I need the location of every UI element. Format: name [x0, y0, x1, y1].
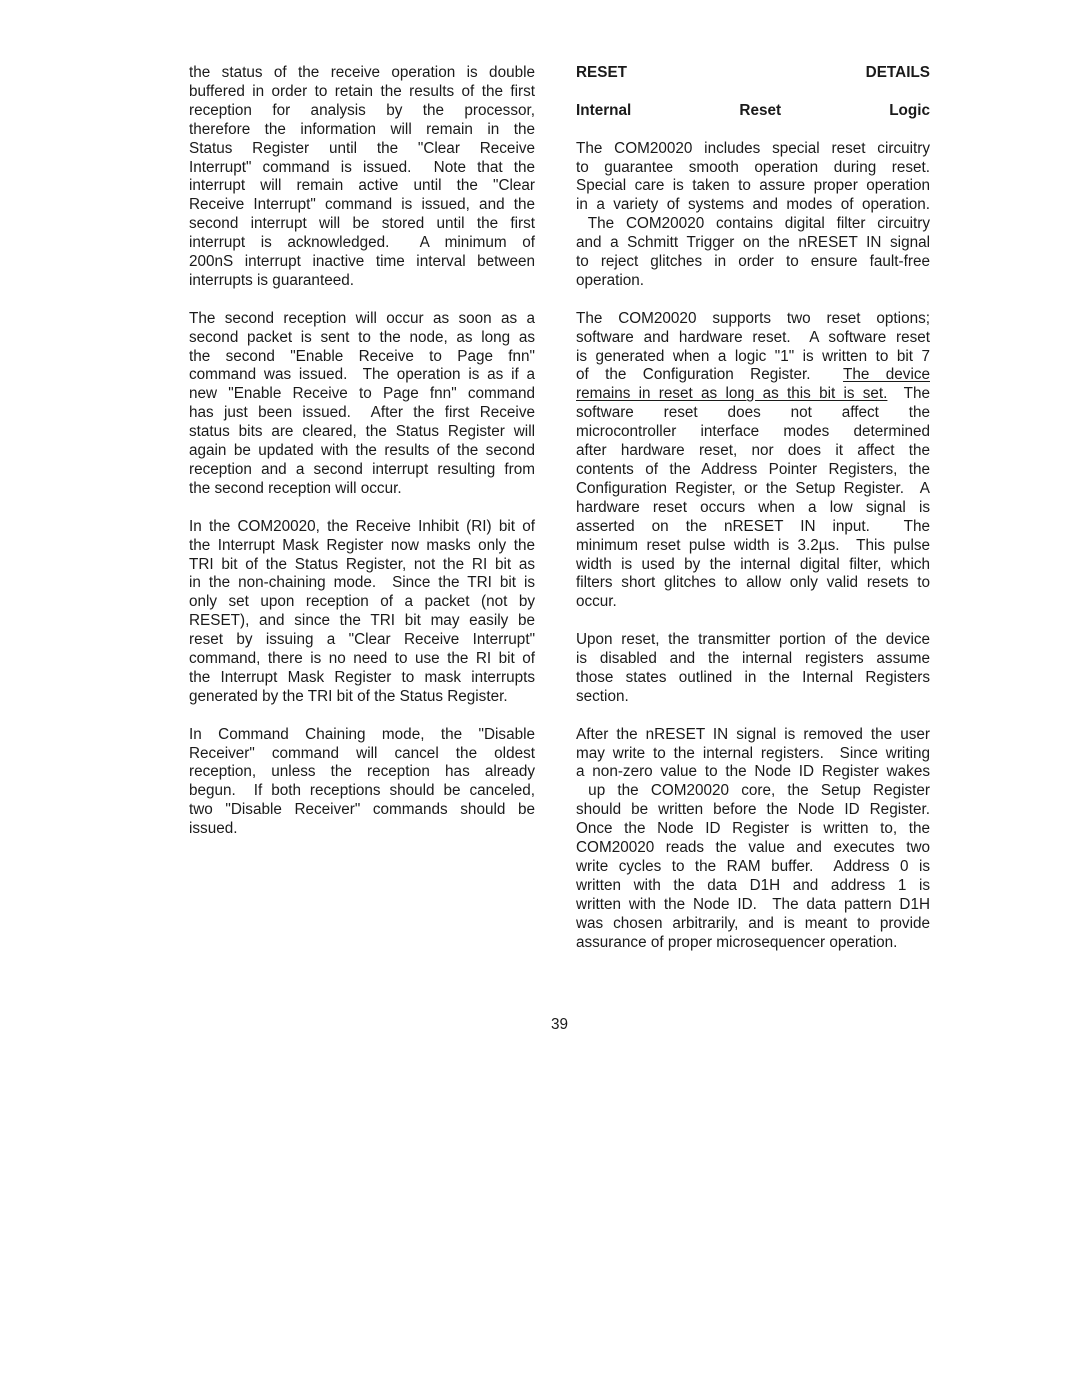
text-line: generated by the TRI bit of the Status R… — [189, 688, 535, 707]
text-line: should be written before the Node ID Reg… — [576, 801, 930, 820]
text-segment: minimum reset pulse width is 3.2µs. This… — [576, 537, 930, 554]
text-line: reception for analysis by the processor, — [189, 102, 535, 121]
text-line: occur. — [576, 593, 930, 612]
text-segment: occur. — [576, 593, 617, 610]
text-line: Upon reset, the transmitter portion of t… — [576, 631, 930, 650]
text-line: reception, unless the reception has alre… — [189, 763, 535, 782]
text-segment: The — [887, 385, 930, 402]
paragraph: The COM20020 supports two reset options;… — [576, 310, 930, 613]
section-heading: RESET DETAILS — [576, 64, 930, 83]
text-segment: TRI bit of the Status Register, not the … — [189, 556, 535, 573]
text-line: has just been issued. After the first Re… — [189, 404, 535, 423]
text-line: the Interrupt Mask Register to mask inte… — [189, 669, 535, 688]
text-content: the status of the receive operation is d… — [189, 64, 930, 953]
paragraph: In Command Chaining mode, the "DisableRe… — [189, 726, 535, 839]
text-segment: The COM20020 supports two reset options; — [576, 310, 930, 327]
text-line: after hardware reset, nor does it affect… — [576, 442, 930, 461]
text-line: remains in reset as long as this bit is … — [576, 385, 930, 404]
text-segment: software reset does not affect the — [576, 404, 930, 421]
right-column: RESET DETAILS Internal Reset Logic The C… — [576, 64, 930, 953]
text-segment: Once the Node ID Register is written to,… — [576, 820, 930, 837]
text-line: Configuration Register, or the Setup Reg… — [576, 480, 930, 499]
text-segment: interrupt will remain active until the "… — [189, 177, 535, 194]
text-line: was chosen arbitrarily, and is meant to … — [576, 915, 930, 934]
text-line: the second "Enable Receive to Page fnn" — [189, 348, 535, 367]
text-segment: up the COM20020 core, the Setup Register — [576, 782, 930, 799]
text-segment: in the non-chaining mode. Since the TRI … — [189, 574, 535, 591]
text-line: In Command Chaining mode, the "Disable — [189, 726, 535, 745]
text-line: asserted on the nRESET IN input. The — [576, 518, 930, 537]
text-segment: reception, unless the reception has alre… — [189, 763, 535, 780]
text-line: may write to the internal registers. Sin… — [576, 745, 930, 764]
text-line: of the Configuration Register. The devic… — [576, 366, 930, 385]
paragraph: The COM20020 includes special reset circ… — [576, 140, 930, 291]
text-segment: COM20020 reads the value and executes tw… — [576, 839, 930, 856]
text-segment: and a Schmitt Trigger on the nRESET IN s… — [576, 234, 930, 251]
text-line: the second reception will occur. — [189, 480, 535, 499]
text-line: to guarantee smooth operation during res… — [576, 159, 930, 178]
text-segment: Status Register until the "Clear Receive — [189, 140, 535, 157]
text-segment: Configuration Register, or the Setup Reg… — [576, 480, 930, 497]
text-segment: those states outlined in the Internal Re… — [576, 669, 930, 686]
paragraph: the status of the receive operation is d… — [189, 64, 535, 291]
text-segment: Special care is taken to assure proper o… — [576, 177, 930, 194]
text-segment: the second reception will occur. — [189, 480, 402, 497]
text-segment: to guarantee smooth operation during res… — [576, 159, 930, 176]
text-line: section. — [576, 688, 930, 707]
text-line: is generated when a logic "1" is written… — [576, 348, 930, 367]
text-segment: status bits are cleared, the Status Regi… — [189, 423, 535, 440]
text-segment: filters short glitches to allow only val… — [576, 574, 930, 591]
text-segment: was chosen arbitrarily, and is meant to … — [576, 915, 930, 932]
text-segment: after hardware reset, nor does it affect… — [576, 442, 930, 459]
text-segment: has just been issued. After the first Re… — [189, 404, 535, 421]
text-line: written with the data D1H and address 1 … — [576, 877, 930, 896]
text-segment: the Interrupt Mask Register now masks on… — [189, 537, 535, 554]
text-line: interrupts is guaranteed. — [189, 272, 535, 291]
text-segment: written with the data D1H and address 1 … — [576, 877, 930, 894]
text-line: minimum reset pulse width is 3.2µs. This… — [576, 537, 930, 556]
text-line: interrupt is acknowledged. A minimum of — [189, 234, 535, 253]
page-number: 39 — [189, 1016, 930, 1035]
text-segment: reception and a second interrupt resulti… — [189, 461, 535, 478]
text-segment: of the Configuration Register. — [576, 366, 843, 383]
text-segment: 200nS interrupt inactive time interval b… — [189, 253, 535, 270]
text-segment: second interrupt will be stored until th… — [189, 215, 535, 232]
text-line: up the COM20020 core, the Setup Register — [576, 782, 930, 801]
text-segment: a non-zero value to the Node ID Register… — [576, 763, 930, 780]
text-segment: is disabled and the internal registers a… — [576, 650, 930, 667]
text-segment: Upon reset, the transmitter portion of t… — [576, 631, 930, 648]
right-column-paragraphs: The COM20020 includes special reset circ… — [576, 140, 930, 953]
text-line: TRI bit of the Status Register, not the … — [189, 556, 535, 575]
text-line: Receiver" command will cancel the oldest — [189, 745, 535, 764]
text-line: Interrupt" command is issued. Note that … — [189, 159, 535, 178]
text-line: software reset does not affect the — [576, 404, 930, 423]
text-line: to reject glitches in order to ensure fa… — [576, 253, 930, 272]
text-segment: two "Disable Receiver" commands should b… — [189, 801, 535, 818]
text-line: The second reception will occur as soon … — [189, 310, 535, 329]
underlined-text: remains in reset as long as this bit is … — [576, 385, 887, 402]
text-line: in a variety of systems and modes of ope… — [576, 196, 930, 215]
text-segment: section. — [576, 688, 629, 705]
text-segment: command, there is no need to use the RI … — [189, 650, 535, 667]
text-segment: to reject glitches in order to ensure fa… — [576, 253, 930, 270]
text-line: In the COM20020, the Receive Inhibit (RI… — [189, 518, 535, 537]
text-line: assurance of proper microsequencer opera… — [576, 934, 930, 953]
text-line: The COM20020 includes special reset circ… — [576, 140, 930, 159]
text-line: contents of the Address Pointer Register… — [576, 461, 930, 480]
text-line: After the nRESET IN signal is removed th… — [576, 726, 930, 745]
text-segment: Receiver" command will cancel the oldest — [189, 745, 535, 762]
text-line: issued. — [189, 820, 535, 839]
text-segment: write cycles to the RAM buffer. Address … — [576, 858, 930, 875]
text-segment: in a variety of systems and modes of ope… — [576, 196, 930, 213]
text-line: begun. If both receptions should be canc… — [189, 782, 535, 801]
text-line: The COM20020 contains digital filter cir… — [576, 215, 930, 234]
text-line: second packet is sent to the node, as lo… — [189, 329, 535, 348]
text-segment: assurance of proper microsequencer opera… — [576, 934, 897, 951]
text-line: The COM20020 supports two reset options; — [576, 310, 930, 329]
text-line: again be updated with the results of the… — [189, 442, 535, 461]
text-line: and a Schmitt Trigger on the nRESET IN s… — [576, 234, 930, 253]
paragraph: After the nRESET IN signal is removed th… — [576, 726, 930, 953]
text-line: only set upon reception of a packet (not… — [189, 593, 535, 612]
text-line: buffered in order to retain the results … — [189, 83, 535, 102]
text-segment: Receive Interrupt" command is issued, an… — [189, 196, 535, 213]
text-line: software and hardware reset. A software … — [576, 329, 930, 348]
text-line: a non-zero value to the Node ID Register… — [576, 763, 930, 782]
text-segment: The second reception will occur as soon … — [189, 310, 535, 327]
text-line: in the non-chaining mode. Since the TRI … — [189, 574, 535, 593]
text-line: reset by issuing a "Clear Receive Interr… — [189, 631, 535, 650]
text-line: Special care is taken to assure proper o… — [576, 177, 930, 196]
text-line: operation. — [576, 272, 930, 291]
text-segment: In Command Chaining mode, the "Disable — [189, 726, 535, 743]
text-segment: only set upon reception of a packet (not… — [189, 593, 535, 610]
text-line: hardware reset occurs when a low signal … — [576, 499, 930, 518]
paragraph: Upon reset, the transmitter portion of t… — [576, 631, 930, 707]
text-line: width is used by the internal digital fi… — [576, 556, 930, 575]
text-segment: again be updated with the results of the… — [189, 442, 535, 459]
text-segment: issued. — [189, 820, 237, 837]
text-segment: buffered in order to retain the results … — [189, 83, 535, 100]
text-segment: should be written before the Node ID Reg… — [576, 801, 930, 818]
text-segment: interrupts is guaranteed. — [189, 272, 354, 289]
text-line: write cycles to the RAM buffer. Address … — [576, 858, 930, 877]
subsection-heading: Internal Reset Logic — [576, 102, 930, 121]
text-segment: After the nRESET IN signal is removed th… — [576, 726, 930, 743]
text-segment: the status of the receive operation is d… — [189, 64, 535, 81]
text-line: filters short glitches to allow only val… — [576, 574, 930, 593]
text-segment: may write to the internal registers. Sin… — [576, 745, 930, 762]
text-segment: asserted on the nRESET IN input. The — [576, 518, 930, 535]
paragraph: In the COM20020, the Receive Inhibit (RI… — [189, 518, 535, 707]
text-line: two "Disable Receiver" commands should b… — [189, 801, 535, 820]
text-segment: contents of the Address Pointer Register… — [576, 461, 930, 478]
text-segment: width is used by the internal digital fi… — [576, 556, 930, 573]
text-line: command, there is no need to use the RI … — [189, 650, 535, 669]
document-page: the status of the receive operation is d… — [0, 0, 1080, 1397]
text-segment: The COM20020 contains digital filter cir… — [576, 215, 930, 232]
text-segment: the Interrupt Mask Register to mask inte… — [189, 669, 535, 686]
text-line: Receive Interrupt" command is issued, an… — [189, 196, 535, 215]
text-segment: second packet is sent to the node, as lo… — [189, 329, 535, 346]
text-line: status bits are cleared, the Status Regi… — [189, 423, 535, 442]
text-segment: reception for analysis by the processor, — [189, 102, 535, 119]
text-segment: the second "Enable Receive to Page fnn" — [189, 348, 535, 365]
underlined-text: The device — [843, 366, 930, 383]
text-line: is disabled and the internal registers a… — [576, 650, 930, 669]
text-segment: hardware reset occurs when a low signal … — [576, 499, 930, 516]
text-segment: written with the Node ID. The data patte… — [576, 896, 930, 913]
text-line: 200nS interrupt inactive time interval b… — [189, 253, 535, 272]
text-line: Status Register until the "Clear Receive — [189, 140, 535, 159]
text-segment: software and hardware reset. A software … — [576, 329, 930, 346]
text-segment: command was issued. The operation is as … — [189, 366, 535, 383]
text-segment: begun. If both receptions should be canc… — [189, 782, 535, 799]
paragraph: The second reception will occur as soon … — [189, 310, 535, 499]
text-line: the status of the receive operation is d… — [189, 64, 535, 83]
text-line: COM20020 reads the value and executes tw… — [576, 839, 930, 858]
text-segment: microcontroller interface modes determin… — [576, 423, 930, 440]
text-line: command was issued. The operation is as … — [189, 366, 535, 385]
text-segment: reset by issuing a "Clear Receive Interr… — [189, 631, 535, 648]
text-line: reception and a second interrupt resulti… — [189, 461, 535, 480]
text-segment: is generated when a logic "1" is written… — [576, 348, 930, 365]
text-segment: The COM20020 includes special reset circ… — [576, 140, 930, 157]
text-segment: In the COM20020, the Receive Inhibit (RI… — [189, 518, 535, 535]
text-segment: new "Enable Receive to Page fnn" command — [189, 385, 535, 402]
text-segment: interrupt is acknowledged. A minimum of — [189, 234, 535, 251]
text-line: the Interrupt Mask Register now masks on… — [189, 537, 535, 556]
text-line: microcontroller interface modes determin… — [576, 423, 930, 442]
left-column: the status of the receive operation is d… — [189, 64, 535, 953]
text-segment: operation. — [576, 272, 644, 289]
text-line: second interrupt will be stored until th… — [189, 215, 535, 234]
text-line: new "Enable Receive to Page fnn" command — [189, 385, 535, 404]
text-segment: Interrupt" command is issued. Note that … — [189, 159, 535, 176]
text-segment: RESET), and since the TRI bit may easily… — [189, 612, 535, 629]
text-line: therefore the information will remain in… — [189, 121, 535, 140]
text-line: Once the Node ID Register is written to,… — [576, 820, 930, 839]
text-segment: therefore the information will remain in… — [189, 121, 535, 138]
text-segment: generated by the TRI bit of the Status R… — [189, 688, 508, 705]
text-line: RESET), and since the TRI bit may easily… — [189, 612, 535, 631]
text-line: interrupt will remain active until the "… — [189, 177, 535, 196]
text-line: written with the Node ID. The data patte… — [576, 896, 930, 915]
text-line: those states outlined in the Internal Re… — [576, 669, 930, 688]
